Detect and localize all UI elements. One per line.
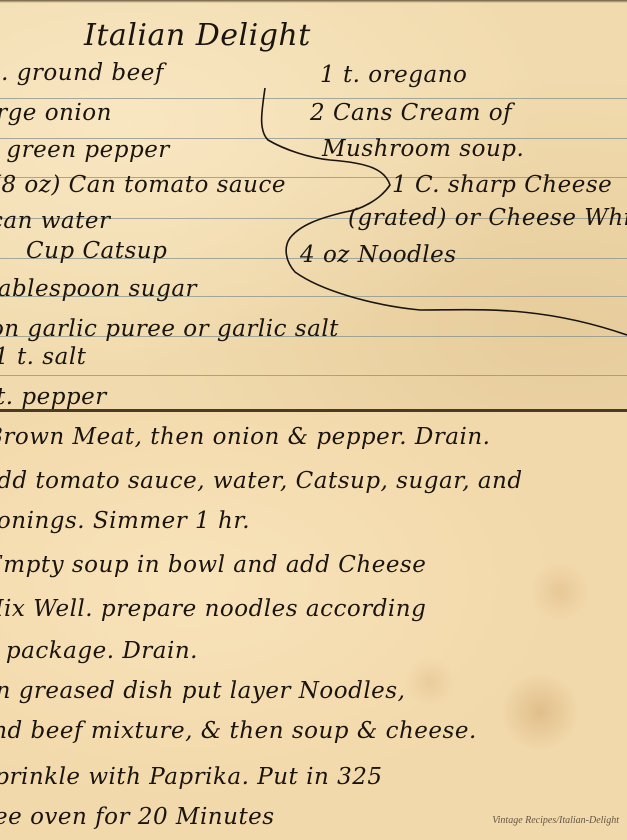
direction-line: degree oven for 20 Minutes <box>0 804 275 830</box>
direction-line: to package. Drain. <box>0 638 198 664</box>
watermark: Vintage Recipes/Italian-Delight <box>492 815 619 826</box>
directions-card: Brown Meat, then onion & pepper. Drain. … <box>0 412 627 840</box>
direction-line: Add tomato sauce, water, Catsup, sugar, … <box>0 468 523 494</box>
ingredients-card: Italian Delight lb. ground beef large on… <box>0 0 627 412</box>
direction-line: seasonings. Simmer 1 hr. <box>0 508 250 534</box>
direction-line: In greased dish put layer Noodles, <box>0 678 405 704</box>
bracket-scribble <box>0 0 627 412</box>
direction-line: Mix Well. prepare noodles according <box>0 596 426 622</box>
direction-line: Brown Meat, then onion & pepper. Drain. <box>0 424 490 450</box>
direction-line: and beef mixture, & then soup & cheese. <box>0 718 477 744</box>
direction-line: Sprinkle with Paprika. Put in 325 <box>0 764 383 790</box>
direction-line: Empty soup in bowl and add Cheese <box>0 552 426 578</box>
